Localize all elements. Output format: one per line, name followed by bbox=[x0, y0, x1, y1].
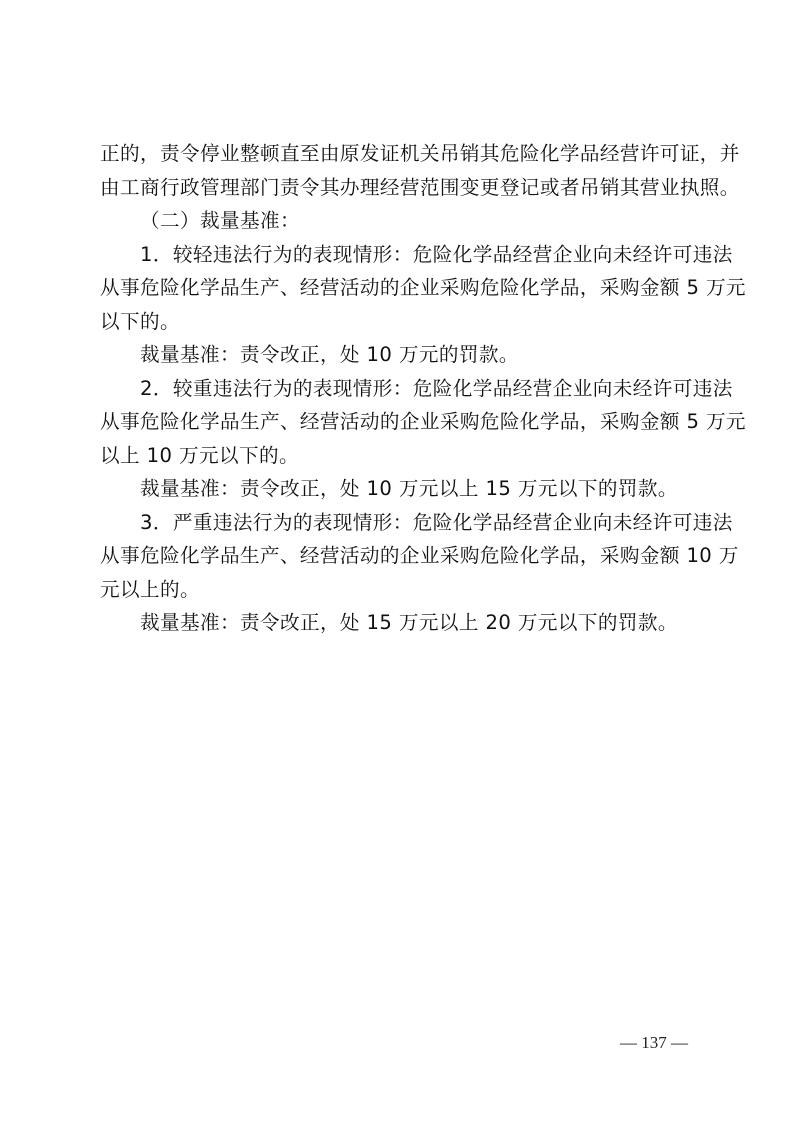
item-3-line-1: 3．严重违法行为的表现情形：危险化学品经营企业向未经许可违法 bbox=[100, 506, 696, 540]
page-number: — 137 — bbox=[620, 1033, 688, 1053]
item-3-standard: 裁量基准：责令改正，处 15 万元以上 20 万元以下的罚款。 bbox=[100, 606, 696, 640]
item-1-line-2: 从事危险化学品生产、经营活动的企业采购危险化学品，采购金额 5 万元 bbox=[100, 271, 696, 305]
item-1-line-3: 以下的。 bbox=[100, 305, 696, 339]
item-3-line-3: 元以上的。 bbox=[100, 573, 696, 607]
item-2-line-1: 2．较重违法行为的表现情形：危险化学品经营企业向未经许可违法 bbox=[100, 372, 696, 406]
item-1-standard: 裁量基准：责令改正，处 10 万元的罚款。 bbox=[100, 338, 696, 372]
item-2-line-2: 从事危险化学品生产、经营活动的企业采购危险化学品，采购金额 5 万元 bbox=[100, 405, 696, 439]
section-heading-discretion-standard: （二）裁量基准： bbox=[100, 204, 696, 238]
item-3-line-2: 从事危险化学品生产、经营活动的企业采购危险化学品，采购金额 10 万 bbox=[100, 539, 696, 573]
item-1-line-1: 1．较轻违法行为的表现情形：危险化学品经营企业向未经许可违法 bbox=[100, 238, 696, 272]
item-2-standard: 裁量基准：责令改正，处 10 万元以上 15 万元以下的罚款。 bbox=[100, 472, 696, 506]
paragraph-continuation-line-2: 由工商行政管理部门责令其办理经营范围变更登记或者吊销其营业执照。 bbox=[100, 171, 696, 205]
paragraph-continuation-line-1: 正的，责令停业整顿直至由原发证机关吊销其危险化学品经营许可证，并 bbox=[100, 137, 696, 171]
item-2-line-3: 以上 10 万元以下的。 bbox=[100, 439, 696, 473]
document-body: 正的，责令停业整顿直至由原发证机关吊销其危险化学品经营许可证，并 由工商行政管理… bbox=[100, 137, 696, 640]
